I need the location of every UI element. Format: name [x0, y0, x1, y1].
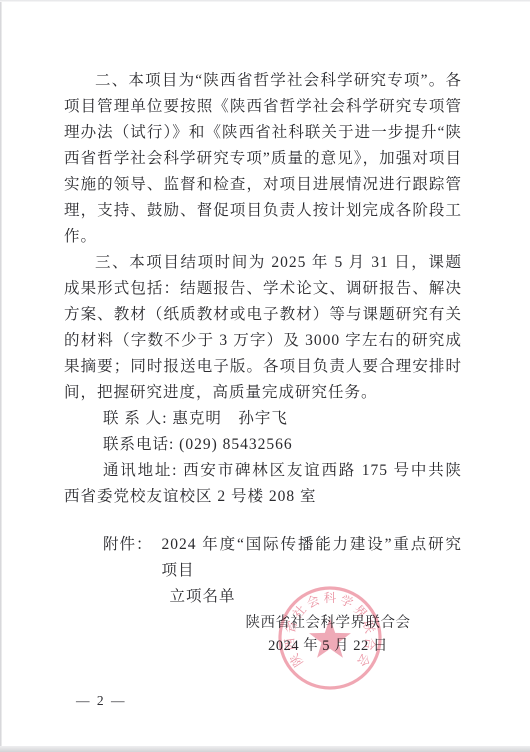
attachment-title-line2: 立项名单 [162, 588, 236, 605]
signature-organization: 陕西省社会科学界联合会 [240, 612, 416, 635]
contact-person-line: 联 系 人: 惠克明 孙宇飞 [64, 406, 462, 432]
document-page: 二、本项目为“陕西省哲学社会科学研究专项”。各项目管理单位要按照《陕西省哲学社会… [0, 0, 530, 752]
paragraph-project-special: 二、本项目为“陕西省哲学社会科学研究专项”。各项目管理单位要按照《陕西省哲学社会… [64, 68, 462, 250]
page-number: — 2 — [76, 693, 127, 709]
contact-phone-line: 联系电话: (029) 85432566 [64, 432, 462, 458]
contact-address-line: 通讯地址: 西安市碑林区友谊西路 175 号中共陕西省委党校友谊校区 2 号楼 … [64, 458, 462, 510]
scan-edge-top [0, 0, 530, 2]
scan-edge-left [0, 0, 2, 752]
contact-section: 联 系 人: 惠克明 孙宇飞 联系电话: (029) 85432566 通讯地址… [64, 406, 462, 510]
scan-edge-bottom [0, 746, 530, 752]
signature-date: 2024 年 5 月 22 日 [240, 635, 416, 658]
document-body: 二、本项目为“陕西省哲学社会科学研究专项”。各项目管理单位要按照《陕西省哲学社会… [64, 68, 462, 610]
attachment-label: 附件： [103, 532, 153, 558]
attachment-title-line1: 2024 年度“国际传播能力建设”重点研究项目 [162, 536, 462, 579]
attachment-section: 附件： 2024 年度“国际传播能力建设”重点研究项目 立项名单 [103, 532, 462, 610]
attachment-title: 2024 年度“国际传播能力建设”重点研究项目 立项名单 [162, 532, 462, 610]
paragraph-deadline-results: 三、本项目结项时间为 2025 年 5 月 31 日，课题成果形式包括：结题报告… [64, 250, 462, 406]
signature-block: 陕西省社会科学界联合会 2024 年 5 月 22 日 [240, 612, 416, 658]
